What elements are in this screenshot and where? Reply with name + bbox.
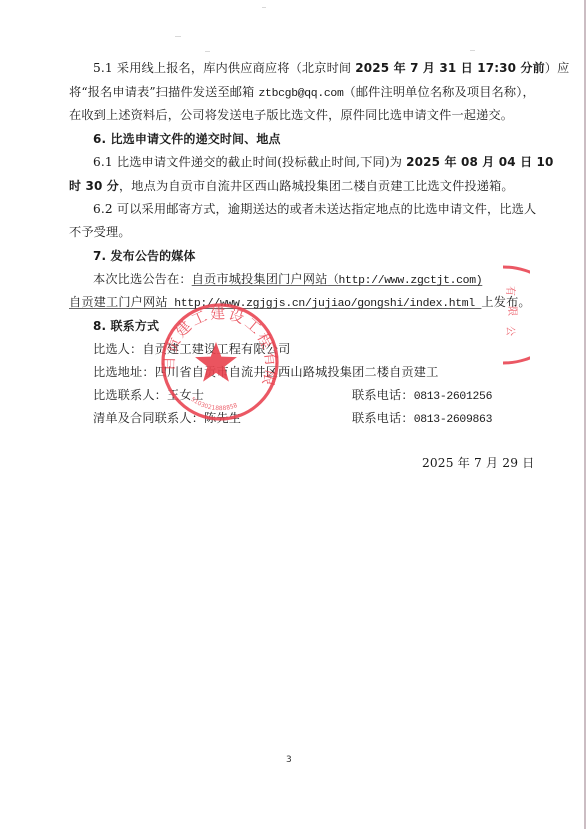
page-number: 3 <box>286 755 292 765</box>
registration-deadline: 2025 年 7 月 31 日 17:30 分前 <box>355 61 545 75</box>
contact-1-name: 王女士 <box>167 388 204 402</box>
official-seal-stamp: 自贡建工建设工程有限公司 5103021888858 <box>158 300 282 424</box>
para-6-1-line-1: 6.1 比选申请文件递交的截止时间(投标截止时间,下同)为 2025 年 08 … <box>93 154 554 170</box>
contact-1-line: 比选联系人：王女士 <box>93 387 204 403</box>
bidder-address: 四川省自贡市自流井区西山路城投集团二楼自贡建工 <box>155 365 439 379</box>
scan-speck <box>175 36 181 37</box>
bidder-name: 自贡建工建设工程有限公司 <box>142 342 290 356</box>
submission-deadline: 2025 年 08 月 04 日 10 <box>406 155 553 169</box>
link-zgjgjs-portal[interactable]: 自贡建工门户网站 http://www.zgjgjs.cn/jujiao/gon… <box>69 295 481 309</box>
contact-1-phone-line: 联系电话：0813-2601256 <box>352 387 492 405</box>
document-date: 2025 年 7 月 29 日 <box>422 455 534 471</box>
bidder-line: 比选人：自贡建工建设工程有限公司 <box>93 341 290 357</box>
scan-speck <box>470 50 475 51</box>
cut-seal-stamp: 有 限 公 <box>500 265 530 365</box>
section-6-heading: 6. 比选申请文件的递交时间、地点 <box>93 131 281 147</box>
contact-2-line: 清单及合同联系人：陈先生 <box>93 410 241 426</box>
address-line: 比选地址：四川省自贡市自流井区西山路城投集团二楼自贡建工 <box>93 364 438 380</box>
para-7-line-1: 本次比选公告在：自贡市城投集团门户网站（http://www.zgctjt.co… <box>93 271 482 289</box>
para-6-1-line-2: 时 30 分，地点为自贡市自流井区西山路城投集团二楼自贡建工比选文件投递箱。 <box>69 178 514 194</box>
section-7-heading: 7. 发布公告的媒体 <box>93 248 196 264</box>
para-7-line-2: 自贡建工门户网站 http://www.zgjgjs.cn/jujiao/gon… <box>69 294 531 312</box>
email-address[interactable]: ztbcgb@qq.com <box>259 88 344 100</box>
link-zgctjt-portal[interactable]: 自贡市城投集团门户网站（http://www.zgctjt.com) <box>192 272 483 286</box>
scan-speck <box>205 51 210 52</box>
para-5-1-line-2: 将“报名申请表”扫描件发送至邮箱 ztbcgb@qq.com（邮件注明单位名称及… <box>69 84 535 102</box>
para-6-2-line-2: 不予受理。 <box>69 224 131 240</box>
contact-1-phone: 0813-2601256 <box>414 391 492 403</box>
para-5-1-line-3: 在收到上述资料后，公司将发送电子版比选文件，原件同比选申请文件一起递交。 <box>69 107 513 123</box>
section-8-heading: 8. 联系方式 <box>93 318 159 334</box>
contact-2-phone-line: 联系电话：0813-2609863 <box>352 410 492 428</box>
contact-2-phone: 0813-2609863 <box>414 414 492 426</box>
contact-2-name: 陈先生 <box>204 411 241 425</box>
scan-speck <box>262 7 266 8</box>
para-5-1-line-1: 5.1 采用线上报名，库内供应商应将（北京时间 2025 年 7 月 31 日 … <box>93 60 569 76</box>
svg-text:公: 公 <box>504 326 515 336</box>
para-6-2-line-1: 6.2 可以采用邮寄方式，逾期送达的或者未送达指定地点的比选申请文件，比选人 <box>93 201 536 217</box>
